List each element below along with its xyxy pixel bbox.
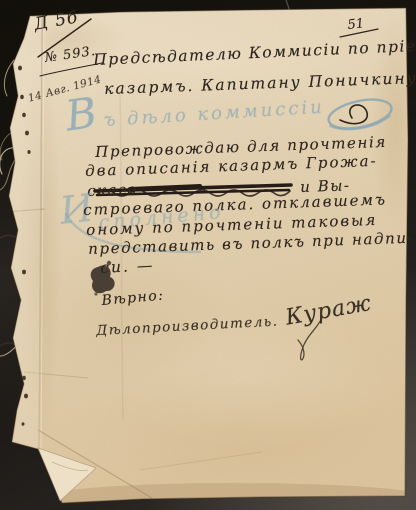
body-line-3-prefix: скаго [87, 182, 138, 199]
photographed-document: Д 5б № 593. 14 Авг. 1914 51 Предсѣдателю… [0, 0, 416, 510]
blue-note1-initial: В [63, 92, 99, 138]
handwriting-layer: Д 5б № 593. 14 Авг. 1914 51 Предсѣдателю… [0, 0, 416, 510]
corner-mark: Д 5б [33, 9, 80, 33]
signature-title: Дѣлопроизводитель. [96, 315, 279, 338]
body-line-7: си. — [100, 258, 155, 276]
address-line-2: казармъ. Капитану Поничкину. [104, 71, 416, 98]
doc-number: № 593. [44, 45, 97, 65]
page-number: 51 [347, 17, 365, 32]
verification-mark: Вѣрно: [101, 289, 165, 308]
address-line-1: Предсѣдателю Коммисіи по пріему [93, 38, 416, 69]
signature-name: Кураж [284, 293, 373, 330]
blue-note1-text: ъ дѣло коммиссіи [103, 98, 325, 129]
